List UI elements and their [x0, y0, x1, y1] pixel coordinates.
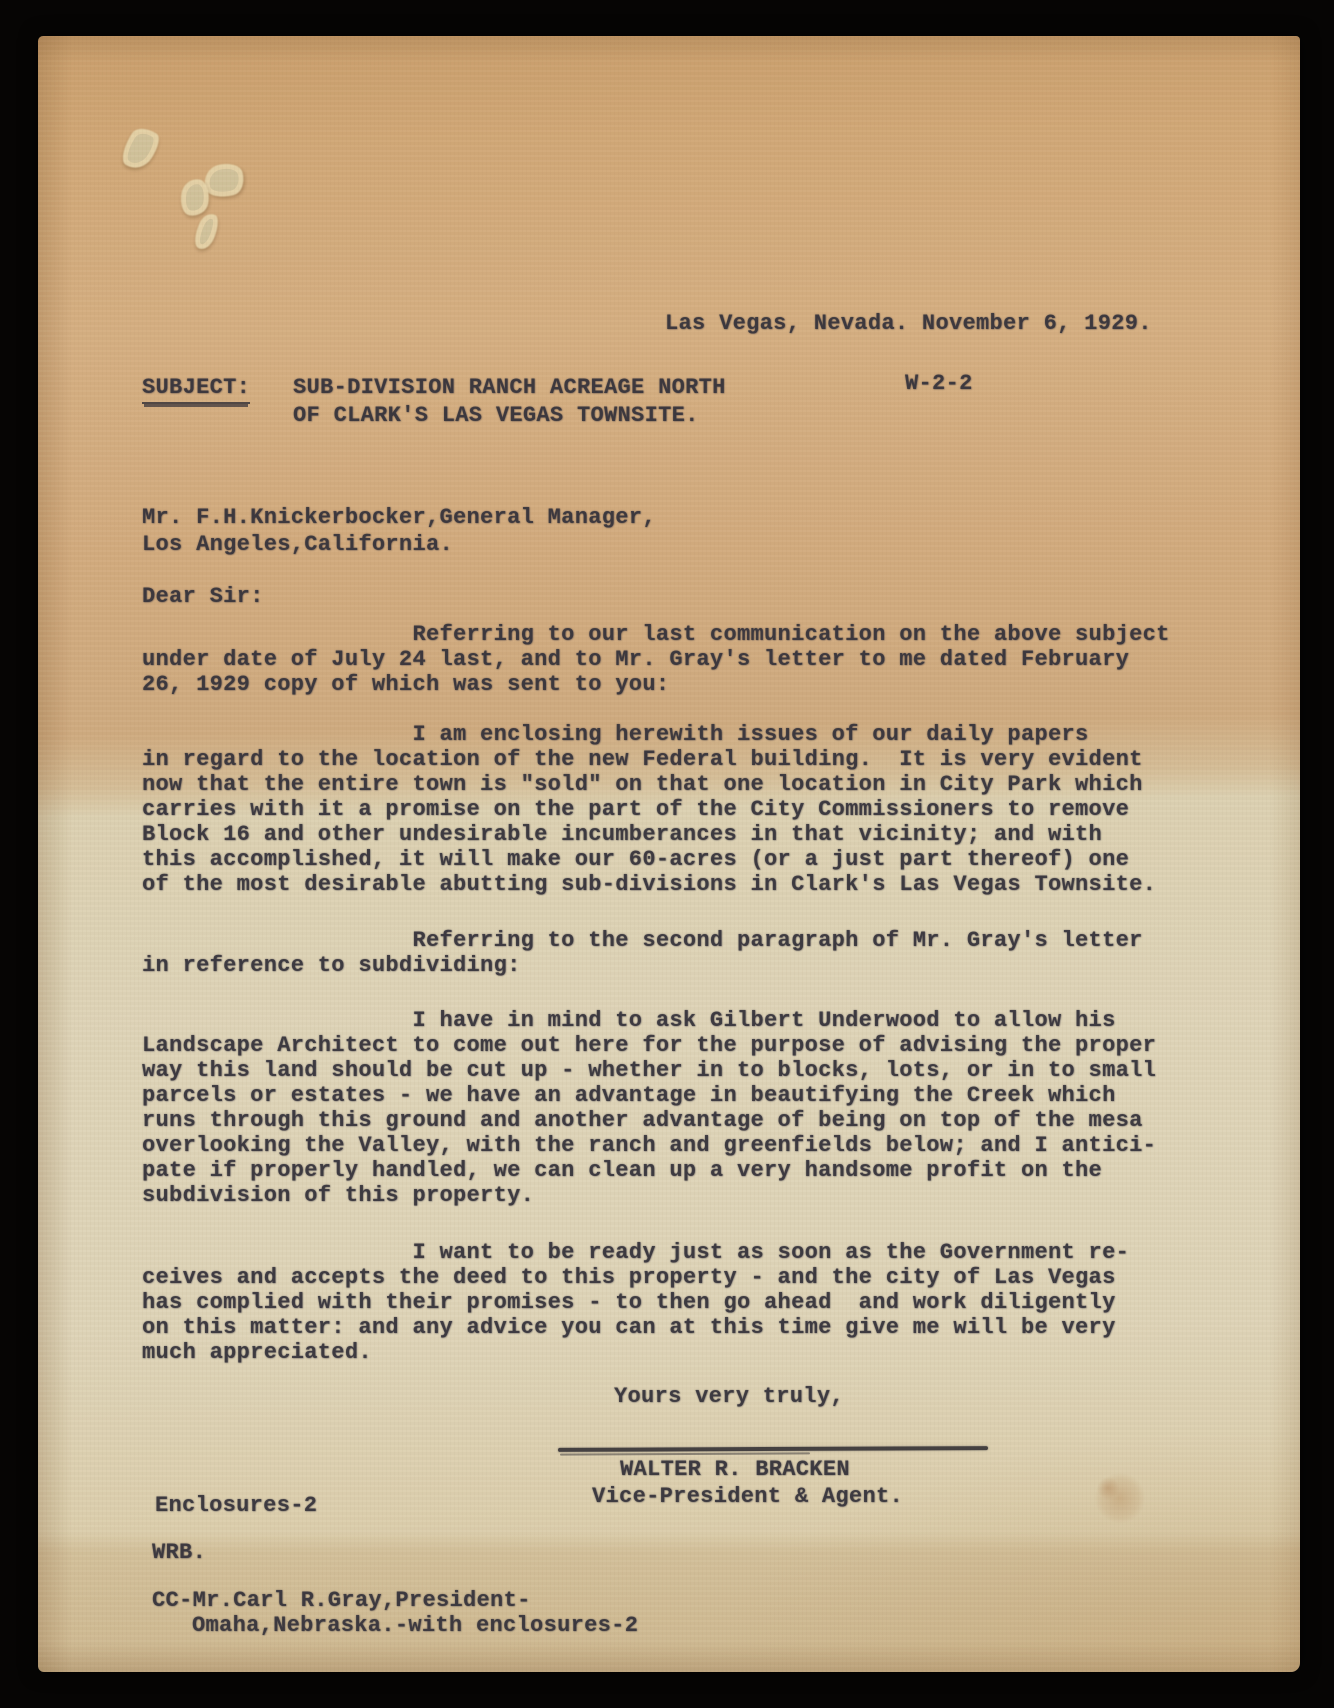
paragraph-4: I have in mind to ask Gilbert Underwood … [142, 1008, 1156, 1208]
paragraph-1: Referring to our last communication on t… [142, 622, 1170, 697]
letter-text-line: pate if properly handled, we can clean u… [142, 1158, 1156, 1183]
letter-text-line: Landscape Architect to come out here for… [142, 1033, 1156, 1058]
salutation: Dear Sir: [142, 584, 264, 609]
letter-text-line: runs through this ground and another adv… [142, 1108, 1156, 1133]
letter-text-line: I want to be ready just as soon as the G… [142, 1240, 1129, 1265]
letter-text-line: this accomplished, it will make our 60-a… [142, 847, 1156, 872]
paper-hole-icon [207, 166, 242, 196]
paragraph-5: I want to be ready just as soon as the G… [142, 1240, 1129, 1365]
signature-name: WALTER R. BRACKEN [620, 1457, 850, 1482]
letter-text-line: in regard to the location of the new Fed… [142, 747, 1156, 772]
letter-text-line: now that the entire town is "sold" on th… [142, 772, 1156, 797]
signature-title: Vice-President & Agent. [592, 1484, 903, 1509]
letter-text-line: parcels or estates - we have an advantag… [142, 1083, 1156, 1108]
cc-block: CC-Mr.Carl R.Gray,President-Omaha,Nebras… [152, 1588, 638, 1638]
paragraph-3: Referring to the second paragraph of Mr.… [142, 928, 1143, 978]
paper-hole-icon [184, 183, 206, 212]
closing-phrase: Yours very truly, [614, 1384, 844, 1409]
letter-text-line: 26, 1929 copy of which was sent to you: [142, 672, 1170, 697]
subject-label: SUBJECT: [142, 375, 250, 404]
letter-text-line: has complied with their promises - to th… [142, 1290, 1129, 1315]
letter-text-line: Omaha,Nebraska.-with enclosures-2 [152, 1613, 638, 1638]
paper-hole-icon [197, 217, 215, 245]
letter-text-line: ceives and accepts the deed to this prop… [142, 1265, 1129, 1290]
letter-text-line: subdivision of this property. [142, 1183, 1156, 1208]
letter-text-line: on this matter: and any advice you can a… [142, 1315, 1129, 1340]
letter-text-line: in reference to subdividing: [142, 953, 1143, 978]
letter-text-line: Los Angeles,California. [142, 531, 656, 558]
letter-text-line: CC-Mr.Carl R.Gray,President- [152, 1588, 638, 1613]
letter-text-line: Referring to our last communication on t… [142, 622, 1170, 647]
letter-text-line: overlooking the Valley, with the ranch a… [142, 1133, 1156, 1158]
typist-initials: WRB. [152, 1540, 206, 1565]
letter-text-line: I am enclosing herewith issues of our da… [142, 722, 1156, 747]
paper-hole-icon [123, 129, 158, 168]
letter-text-line: of the most desirable abutting sub-divis… [142, 872, 1156, 897]
letter-text-line: Block 16 and other undesirable incumbera… [142, 822, 1156, 847]
letter-text-line: Mr. F.H.Knickerbocker,General Manager, [142, 504, 656, 531]
paragraph-2: I am enclosing herewith issues of our da… [142, 722, 1156, 897]
recipient-block: Mr. F.H.Knickerbocker,General Manager,Lo… [142, 504, 656, 558]
subject-line-1: SUB-DIVISION RANCH ACREAGE NORTH [293, 375, 726, 400]
letter-dateline: Las Vegas, Nevada. November 6, 1929. [665, 311, 1152, 336]
letter-text-line: carries with it a promise on the part of… [142, 797, 1156, 822]
scanned-letter-screenshot: { "document": { "dateline": "Las Vegas, … [0, 0, 1334, 1708]
letter-text-line: much appreciated. [142, 1340, 1129, 1365]
letter-text-line: Referring to the second paragraph of Mr.… [142, 928, 1143, 953]
letter-text-line: I have in mind to ask Gilbert Underwood … [142, 1008, 1156, 1033]
subject-line-2: OF CLARK'S LAS VEGAS TOWNSITE. [293, 403, 699, 428]
file-number: W-2-2 [905, 371, 973, 396]
enclosures-note: Enclosures-2 [155, 1493, 317, 1518]
letter-text-line: way this land should be cut up - whether… [142, 1058, 1156, 1083]
letter-text-line: under date of July 24 last, and to Mr. G… [142, 647, 1170, 672]
